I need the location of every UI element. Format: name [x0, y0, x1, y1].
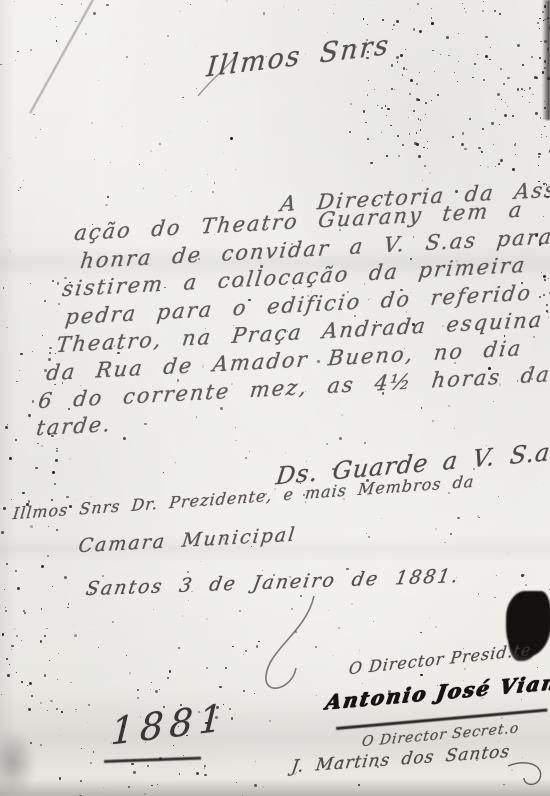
archival-year-mark: 1881: [110, 696, 230, 754]
scan-smudge: [0, 730, 36, 796]
body-line-9: tarde.: [35, 412, 113, 440]
scan-right-edge-dark-band: [542, 0, 550, 120]
salutation-ilmos-snrs: Illmos Snrs: [205, 29, 391, 83]
paper-crease-line: [29, 0, 96, 114]
dateline-santos-1881: Santos 3 de Janeiro de 1881.: [84, 565, 462, 600]
scanned-document-page: Illmos Snrs A Directoria da Associ ação …: [0, 0, 550, 796]
addressee-line-2: Camara Municipal: [77, 524, 297, 558]
addressee-line-1: Illmos Snrs Dr. Prezidente, e mais Membr…: [12, 472, 475, 523]
year-mark-underline: [104, 757, 201, 763]
scan-bottom-edge-shadow: [0, 779, 550, 796]
scan-left-edge-shade: [0, 0, 16, 796]
signature-title-president: O Director Presid.te: [348, 640, 532, 678]
signature-name-secretary: J. Martins dos Santos: [290, 742, 511, 778]
